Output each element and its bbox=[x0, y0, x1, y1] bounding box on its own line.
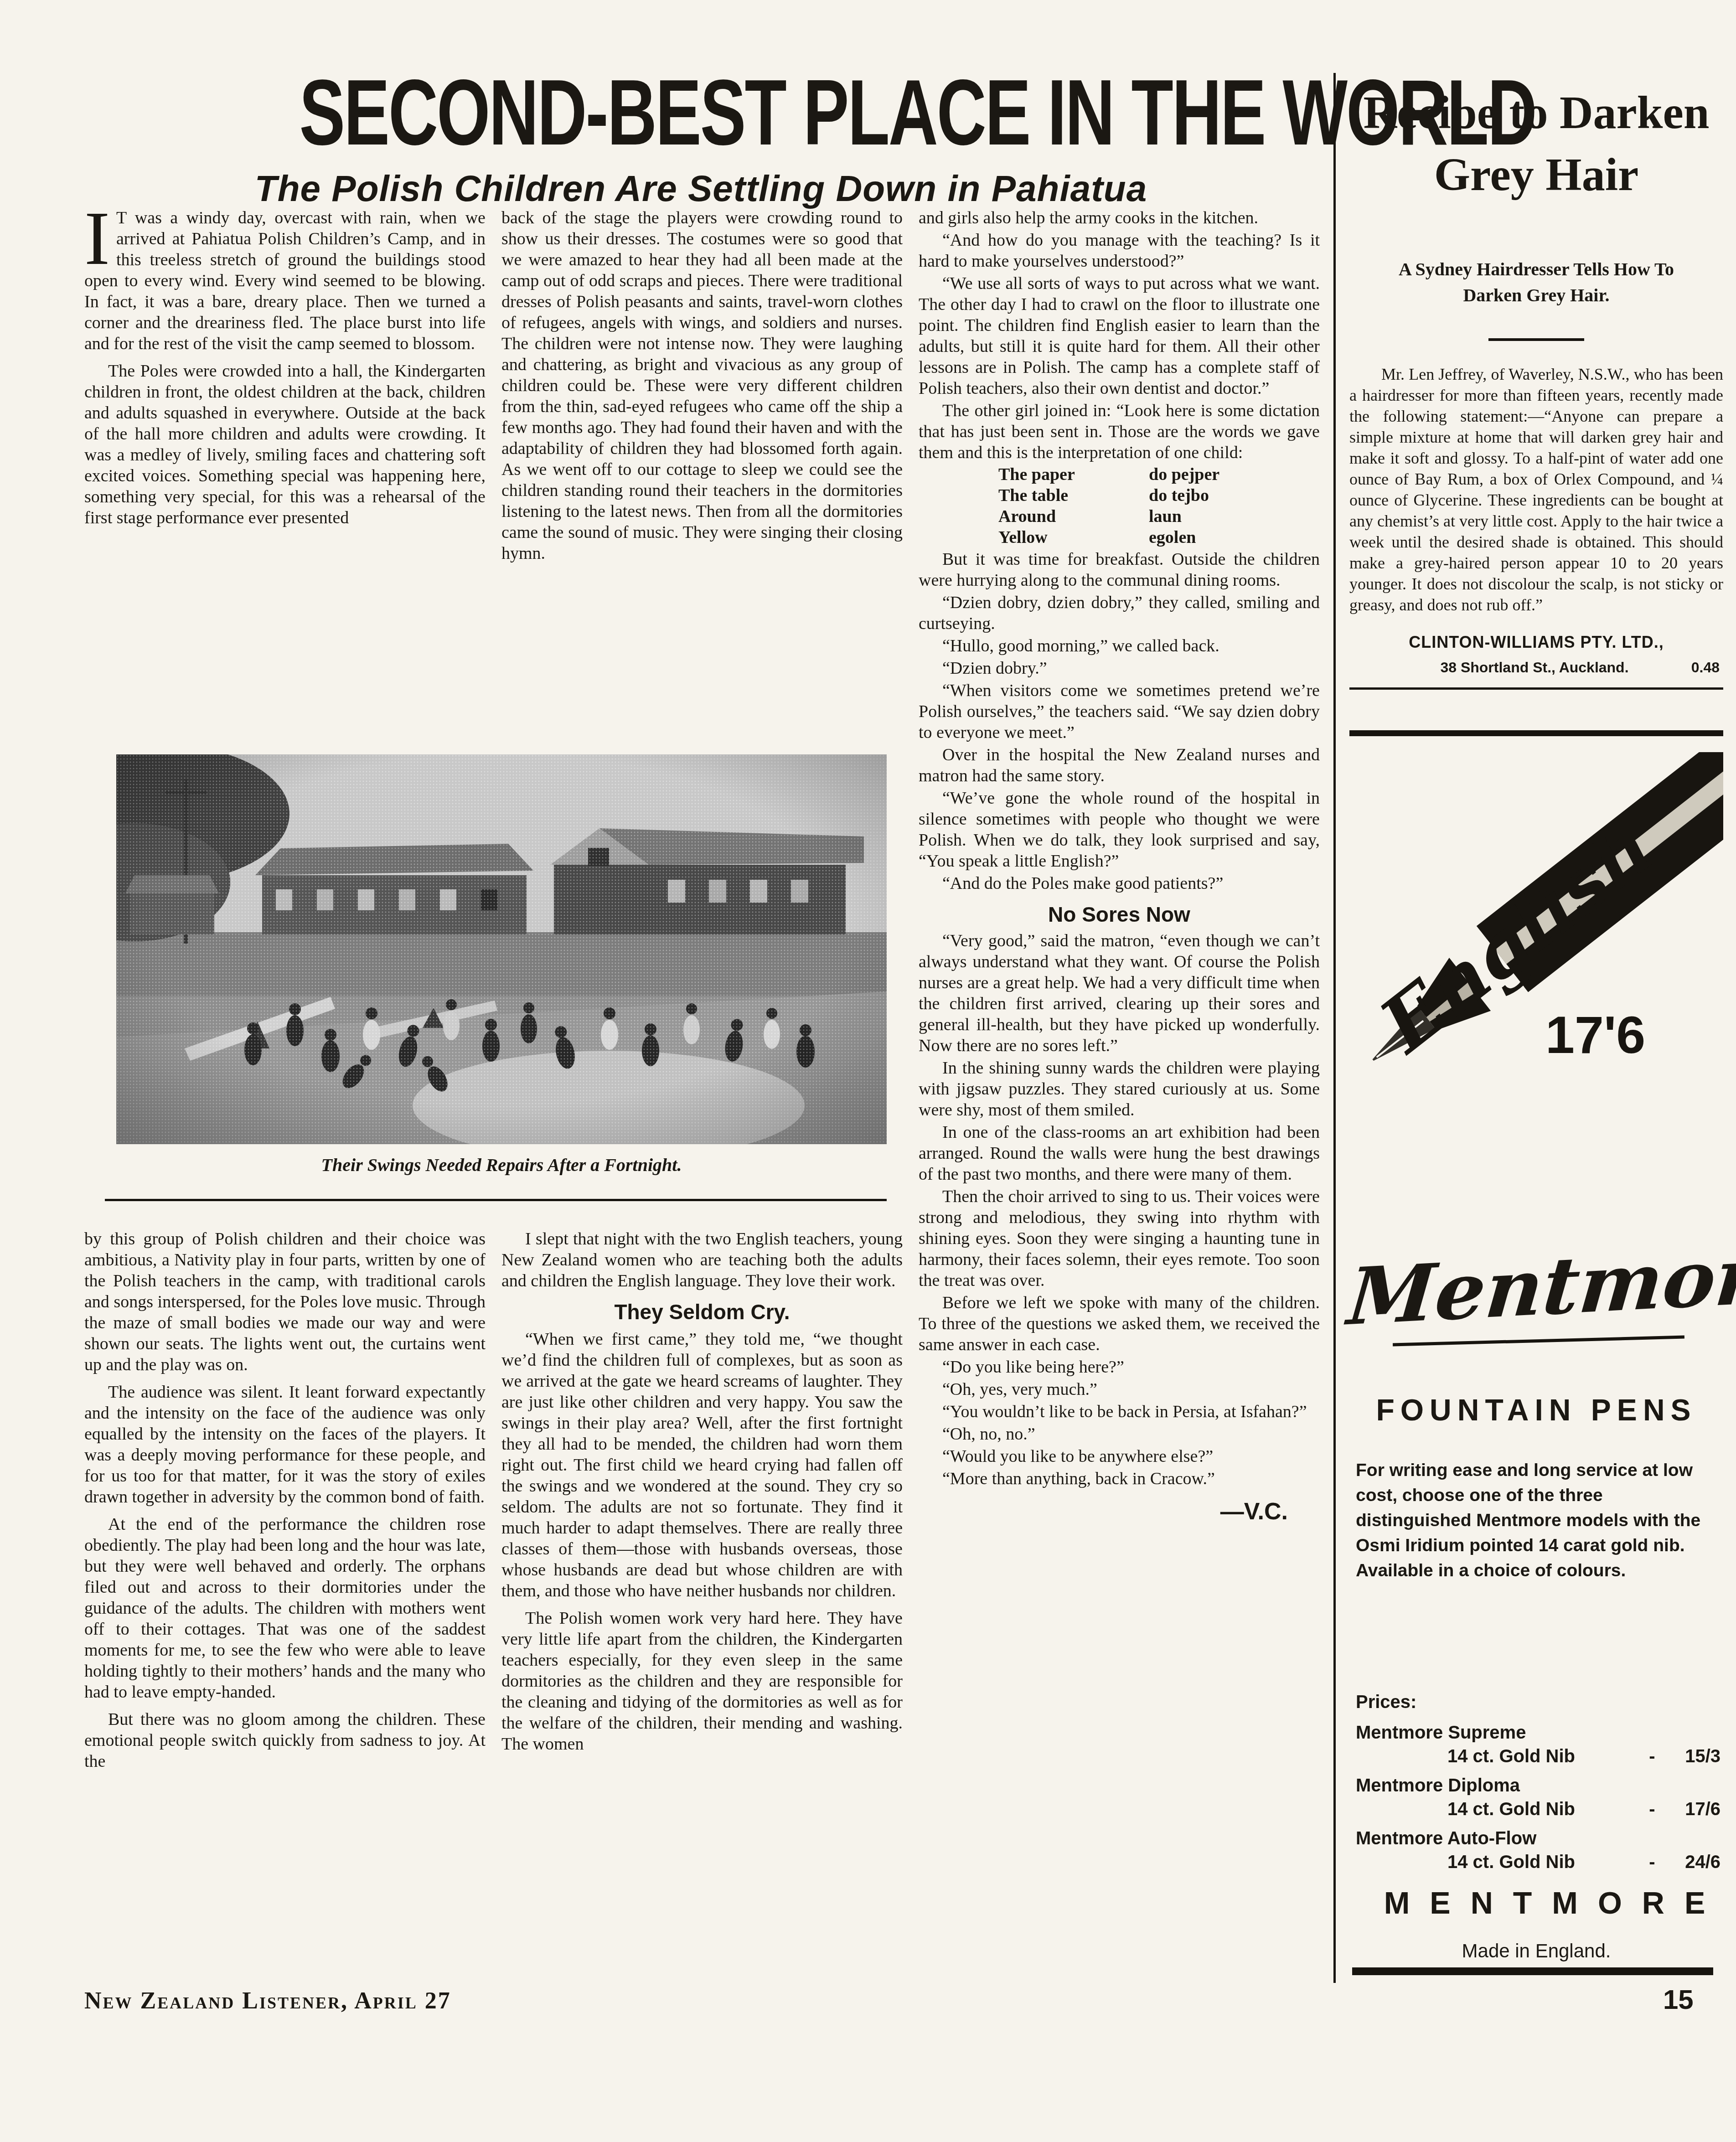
drop-cap: I bbox=[84, 207, 116, 268]
price-item: Mentmore Supreme 14 ct. Gold Nib - 15/3 bbox=[1349, 1721, 1723, 1768]
footer-masthead: New Zealand Listener, April 27 bbox=[84, 1987, 451, 2014]
ad-separator-thick-rule bbox=[1349, 730, 1723, 736]
paragraph: The other girl joined in: “Look here is … bbox=[919, 400, 1320, 463]
dictation-term: Yellow bbox=[998, 527, 1149, 548]
dictation-term: Around bbox=[998, 506, 1149, 527]
caption-rule bbox=[105, 1199, 887, 1201]
paragraph: “When visitors come we sometimes pretend… bbox=[919, 680, 1320, 743]
photo-caption: Their Swings Needed Repairs After a Fort… bbox=[116, 1154, 887, 1176]
hair-ad-code: 0.48 bbox=[1665, 659, 1723, 676]
price-value: 24/6 bbox=[1666, 1850, 1720, 1874]
article-title: SECOND-BEST PLACE IN THE WORLD bbox=[82, 59, 1320, 166]
dictation-translation: do tejbo bbox=[1149, 485, 1320, 506]
price-spec: 14 ct. Gold Nib bbox=[1447, 1745, 1638, 1768]
price-spec-row: 14 ct. Gold Nib - 17/6 bbox=[1349, 1797, 1723, 1821]
hair-ad-headline: Recipe to Darken Grey Hair bbox=[1349, 82, 1723, 206]
paragraph: by this group of Polish children and the… bbox=[84, 1228, 486, 1375]
paragraph: “We use all sorts of ways to put across … bbox=[919, 273, 1320, 399]
paragraph-text: T was a windy day, overcast with rain, w… bbox=[84, 208, 486, 353]
price-spec: 14 ct. Gold Nib bbox=[1447, 1797, 1638, 1821]
paragraph: But it was time for breakfast. Outside t… bbox=[919, 549, 1320, 591]
paragraph: The Polish women work very hard here. Th… bbox=[501, 1608, 903, 1755]
pen-ad-price-tag: 17'6 bbox=[1545, 1006, 1645, 1064]
paragraph: At the end of the performance the childr… bbox=[84, 1514, 486, 1703]
price-model: Mentmore Supreme bbox=[1349, 1721, 1723, 1745]
hair-ad-headline-line2: Grey Hair bbox=[1349, 144, 1723, 206]
paragraph: In one of the class-rooms an art exhibit… bbox=[919, 1122, 1320, 1185]
dictation-translation: do pejper bbox=[1149, 464, 1320, 485]
hair-ad-company: CLINTON-WILLIAMS PTY. LTD., bbox=[1349, 633, 1723, 652]
column-2-top: back of the stage the players were crowd… bbox=[501, 207, 903, 564]
paragraph: The Poles were crowded into a hall, the … bbox=[84, 361, 486, 528]
paragraph: “Dzien dobry, dzien dobry,” they called,… bbox=[919, 592, 1320, 634]
price-spec: 14 ct. Gold Nib bbox=[1447, 1850, 1638, 1874]
pen-ad-origin: Made in England. bbox=[1349, 1940, 1723, 1962]
ad-separator-thin-rule bbox=[1349, 687, 1723, 690]
price-spec-row: 14 ct. Gold Nib - 24/6 bbox=[1349, 1850, 1723, 1874]
paragraph: “More than anything, back in Cracow.” bbox=[919, 1468, 1320, 1489]
price-dash: - bbox=[1638, 1745, 1666, 1768]
paragraph: “And how do you manage with the teaching… bbox=[919, 230, 1320, 272]
ad-column: Recipe to Darken Grey Hair A Sydney Hair… bbox=[1349, 68, 1723, 1990]
column-2-bottom: I slept that night with the two English … bbox=[501, 1228, 903, 1755]
paragraph: IT was a windy day, overcast with rain, … bbox=[84, 207, 486, 354]
pen-ad-body: For writing ease and long service at low… bbox=[1356, 1458, 1707, 1583]
dictation-term: The table bbox=[998, 485, 1149, 506]
section-heading: No Sores Now bbox=[919, 904, 1320, 925]
paragraph: “Oh, yes, very much.” bbox=[919, 1379, 1320, 1400]
price-value: 15/3 bbox=[1666, 1745, 1720, 1768]
hair-ad-divider bbox=[1488, 338, 1584, 341]
hair-ad-subhead-line1: A Sydney Hairdresser Tells How To bbox=[1349, 256, 1723, 282]
paragraph: But there was no gloom among the childre… bbox=[84, 1709, 486, 1772]
paragraph: “Dzien dobry.” bbox=[919, 658, 1320, 679]
pen-ad-illustration: English 17'6 bbox=[1349, 752, 1723, 1235]
paragraph: “Hullo, good morning,” we called back. bbox=[919, 635, 1320, 656]
article-subtitle: The Polish Children Are Settling Down in… bbox=[82, 168, 1320, 210]
hair-ad-address-row: 38 Shortland St., Auckland. 0.48 bbox=[1349, 659, 1723, 676]
paragraph: and girls also help the army cooks in th… bbox=[919, 207, 1320, 228]
dictation-term: The paper bbox=[998, 464, 1149, 485]
paragraph: I slept that night with the two English … bbox=[501, 1228, 903, 1291]
column-1-top: IT was a windy day, overcast with rain, … bbox=[84, 207, 486, 528]
dictation-translation: laun bbox=[1149, 506, 1320, 527]
photo-illustration bbox=[116, 754, 887, 1144]
pen-ad-price-list: Mentmore Supreme 14 ct. Gold Nib - 15/3 … bbox=[1349, 1721, 1723, 1879]
hair-ad-body: Mr. Len Jeffrey, of Waverley, N.S.W., wh… bbox=[1349, 364, 1723, 615]
column-1-bottom: by this group of Polish children and the… bbox=[84, 1228, 486, 1772]
hair-ad-headline-line1: Recipe to Darken bbox=[1349, 82, 1723, 144]
page-number: 15 bbox=[1663, 1984, 1694, 2015]
paragraph: Over in the hospital the New Zealand nur… bbox=[919, 744, 1320, 786]
price-value: 17/6 bbox=[1666, 1797, 1720, 1821]
paragraph: Before we left we spoke with many of the… bbox=[919, 1292, 1320, 1355]
section-heading: They Seldom Cry. bbox=[501, 1301, 903, 1322]
paragraph: “And do the Poles make good patients?” bbox=[919, 873, 1320, 894]
price-dash: - bbox=[1638, 1797, 1666, 1821]
pen-ad-prices-label: Prices: bbox=[1356, 1692, 1730, 1713]
paragraph: “When we first came,” they told me, “we … bbox=[501, 1329, 903, 1601]
price-item: Mentmore Auto-Flow 14 ct. Gold Nib - 24/… bbox=[1349, 1827, 1723, 1874]
pen-ad-brand: MENTMORE bbox=[1349, 1885, 1736, 1921]
hair-ad-subhead: A Sydney Hairdresser Tells How To Darken… bbox=[1349, 256, 1723, 308]
paragraph: “We’ve gone the whole round of the hospi… bbox=[919, 788, 1320, 872]
newspaper-page: SECOND-BEST PLACE IN THE WORLD The Polis… bbox=[0, 0, 1736, 2142]
paragraph: “Oh, no, no.” bbox=[919, 1424, 1320, 1445]
paragraph: “Very good,” said the matron, “even thou… bbox=[919, 930, 1320, 1056]
column-divider-rule bbox=[1333, 73, 1336, 1983]
fountain-pen-drawing: English 17'6 bbox=[1349, 752, 1723, 1235]
paragraph: back of the stage the players were crowd… bbox=[501, 207, 903, 564]
byline: —V.C. bbox=[919, 1501, 1320, 1522]
paragraph: In the shining sunny wards the children … bbox=[919, 1058, 1320, 1120]
photo-children-playing bbox=[116, 754, 887, 1144]
price-model: Mentmore Auto-Flow bbox=[1349, 1827, 1723, 1850]
paragraph: Then the choir arrived to sing to us. Th… bbox=[919, 1186, 1320, 1291]
paragraph: The audience was silent. It leant forwar… bbox=[84, 1382, 486, 1507]
pen-ad-bottom-rule bbox=[1352, 1967, 1713, 1975]
price-model: Mentmore Diploma bbox=[1349, 1774, 1723, 1797]
dictation-translation: egolen bbox=[1149, 527, 1320, 548]
paragraph: “Do you like being here?” bbox=[919, 1357, 1320, 1378]
price-item: Mentmore Diploma 14 ct. Gold Nib - 17/6 bbox=[1349, 1774, 1723, 1821]
price-dash: - bbox=[1638, 1850, 1666, 1874]
hair-ad-address: 38 Shortland St., Auckland. bbox=[1349, 659, 1665, 676]
price-spec-row: 14 ct. Gold Nib - 15/3 bbox=[1349, 1745, 1723, 1768]
mentmore-logo: Mentmore bbox=[1344, 1231, 1729, 1343]
hair-ad-subhead-line2: Darken Grey Hair. bbox=[1349, 282, 1723, 308]
paragraph: “You wouldn’t like to be back in Persia,… bbox=[919, 1401, 1320, 1422]
dictation-table: The paperdo pejper The tabledo tejbo Aro… bbox=[919, 464, 1320, 548]
pen-ad-product: FOUNTAIN PENS bbox=[1349, 1393, 1723, 1427]
paragraph: “Would you like to be anywhere else?” bbox=[919, 1446, 1320, 1467]
column-3: and girls also help the army cooks in th… bbox=[919, 207, 1320, 1522]
